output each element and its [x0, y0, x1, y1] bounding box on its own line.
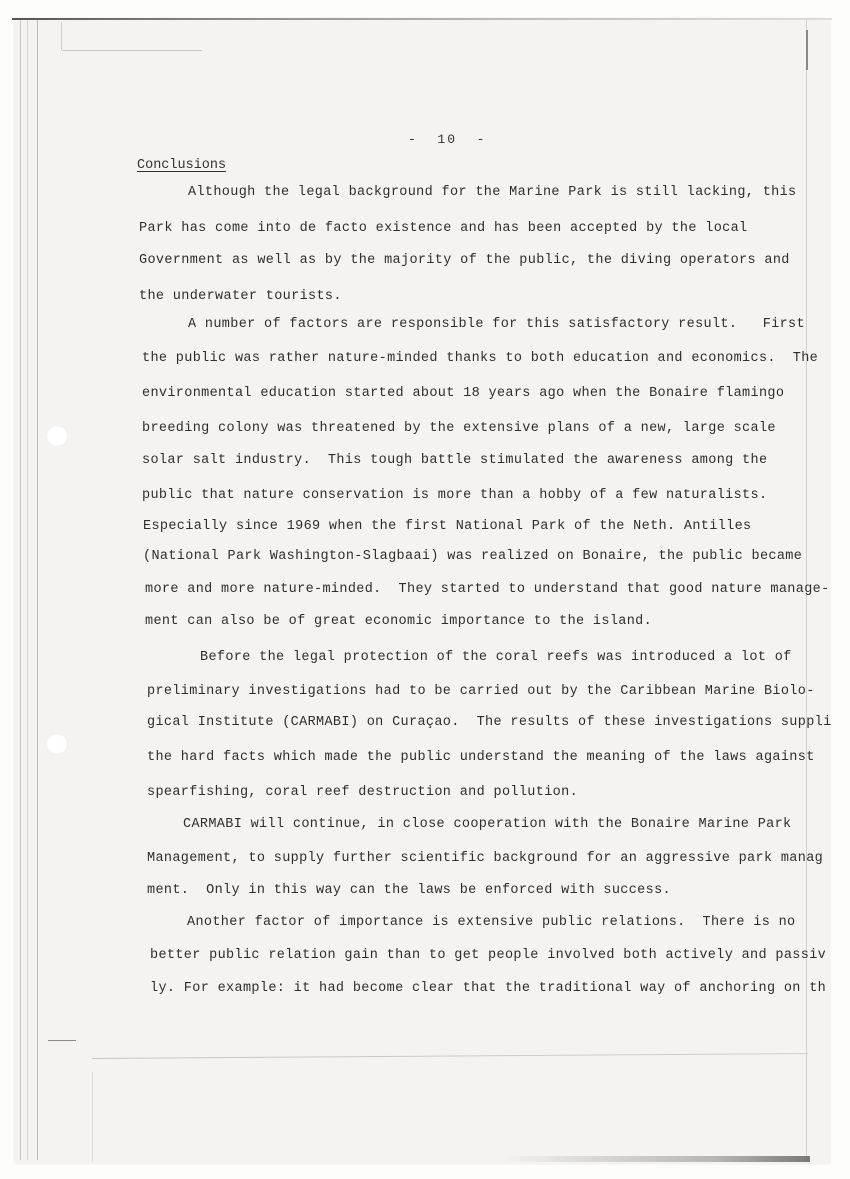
punch-hole [46, 733, 68, 755]
text-line: the hard facts which made the public und… [147, 750, 815, 765]
scan-artifact [61, 22, 62, 50]
binding-line [20, 20, 21, 1160]
scan-artifact [92, 1072, 93, 1162]
text-line: public that nature conservation is more … [142, 488, 767, 503]
punch-hole [46, 425, 68, 447]
binding-line [37, 20, 38, 1160]
page-number: - 10 - [408, 132, 486, 147]
text-line: more and more nature-minded. They starte… [145, 582, 830, 597]
margin-mark [48, 1040, 76, 1041]
text-line: ment can also be of great economic impor… [145, 614, 652, 629]
page-bottom-shadow [500, 1156, 810, 1162]
text-line: Park has come into de facto existence an… [139, 221, 748, 236]
text-line: Management, to supply further scientific… [147, 851, 823, 866]
section-heading: Conclusions [137, 158, 226, 173]
text-line: ment. Only in this way can the laws be e… [147, 883, 671, 898]
text-line: breeding colony was threatened by the ex… [142, 421, 776, 436]
text-line: CARMABI will continue, in close cooperat… [183, 817, 792, 832]
text-line: better public relation gain than to get … [150, 948, 826, 963]
text-line: Another factor of importance is extensiv… [187, 915, 796, 930]
text-line: (National Park Washington-Slagbaai) was … [143, 549, 802, 564]
binding-line [27, 20, 28, 1160]
text-line: ly. For example: it had become clear tha… [150, 981, 826, 996]
text-line: Especially since 1969 when the first Nat… [143, 519, 752, 534]
text-line: Government as well as by the majority of… [139, 253, 790, 268]
text-line: the public was rather nature-minded than… [142, 351, 818, 366]
scan-artifact [62, 50, 202, 51]
text-line: solar salt industry. This tough battle s… [142, 453, 767, 468]
page-top-edge [12, 18, 832, 20]
text-line: Although the legal background for the Ma… [188, 185, 797, 200]
scan-mark [806, 30, 808, 70]
text-line: spearfishing, coral reef destruction and… [147, 785, 578, 800]
text-line: environmental education started about 18… [142, 386, 784, 401]
text-line: the underwater tourists. [139, 289, 342, 304]
text-line: A number of factors are responsible for … [188, 317, 805, 332]
text-line: preliminary investigations had to be car… [147, 684, 815, 699]
text-line: Before the legal protection of the coral… [200, 650, 792, 665]
text-line: gical Institute (CARMABI) on Curaçao. Th… [147, 715, 832, 730]
